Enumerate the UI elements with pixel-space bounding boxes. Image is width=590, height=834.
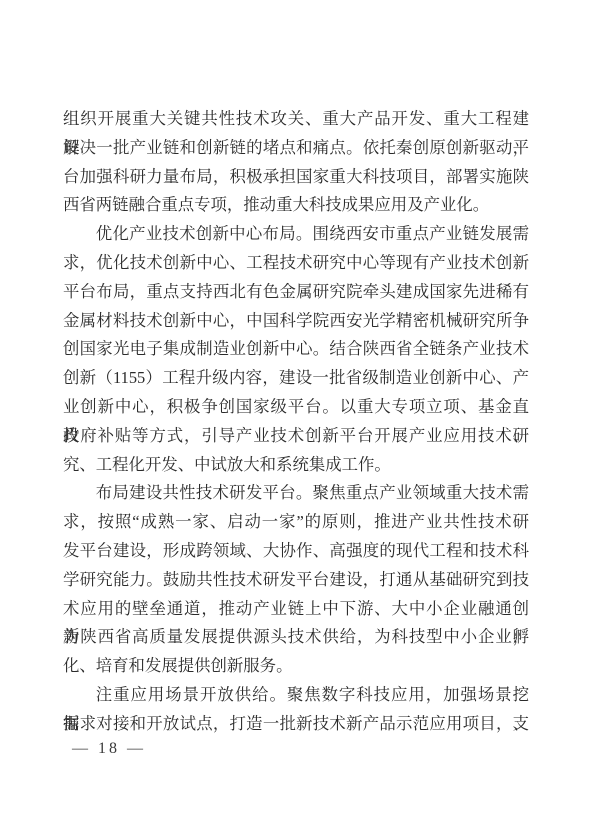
text-line: 台加强科研力量布局，积极承担国家重大科技项目，部署实施陕 bbox=[63, 163, 529, 192]
text-line: 组织开展重大关键共性技术攻关、重大产品开发、重大工程建设， bbox=[63, 105, 529, 134]
document-page: 组织开展重大关键共性技术攻关、重大产品开发、重大工程建设，解决一批产业链和创新链… bbox=[0, 0, 590, 834]
text-line: 术应用的壁垒通道，推动产业链上中下游、大中小企业融通创新， bbox=[63, 595, 529, 624]
text-line: 求，优化技术创新中心、工程技术研究中心等现有产业技术创新 bbox=[63, 249, 529, 278]
text-line: 创新（1155）工程升级内容，建设一批省级制造业创新中心、产 bbox=[63, 364, 529, 393]
text-line: 平台布局，重点支持西北有色金属研究院牵头建成国家先进稀有 bbox=[63, 278, 529, 307]
page-number: — 18 — bbox=[72, 739, 146, 759]
text-line: 为陕西省高质量发展提供源头技术供给，为科技型中小企业孵 bbox=[63, 623, 529, 652]
text-line: 求，按照“成熟一家、启动一家”的原则，推进产业共性技术研 bbox=[63, 508, 529, 537]
text-line: 解决一批产业链和创新链的堵点和痛点。依托秦创原创新驱动平 bbox=[63, 134, 529, 163]
text-line: 创国家光电子集成制造业创新中心。结合陕西省全链条产业技术 bbox=[63, 335, 529, 364]
text-line: 发平台建设，形成跨领域、大协作、高强度的现代工程和技术科 bbox=[63, 537, 529, 566]
text-line: 注重应用场景开放供给。聚焦数字科技应用，加强场景挖掘、 bbox=[63, 681, 529, 710]
text-line: 西省两链融合重点专项，推动重大科技成果应用及产业化。 bbox=[63, 191, 529, 220]
document-body: 组织开展重大关键共性技术攻关、重大产品开发、重大工程建设，解决一批产业链和创新链… bbox=[63, 105, 529, 739]
text-line: 需求对接和开放试点，打造一批新技术新产品示范应用项目，支 bbox=[63, 710, 529, 739]
text-line: 政府补贴等方式，引导产业技术创新平台开展产业应用技术研 bbox=[63, 422, 529, 451]
text-line: 学研究能力。鼓励共性技术研发平台建设，打通从基础研究到技 bbox=[63, 566, 529, 595]
text-line: 布局建设共性技术研发平台。聚焦重点产业领域重大技术需 bbox=[63, 479, 529, 508]
text-line: 金属材料技术创新中心，中国科学院西安光学精密机械研究所争 bbox=[63, 307, 529, 336]
text-line: 优化产业技术创新中心布局。围绕西安市重点产业链发展需 bbox=[63, 220, 529, 249]
text-line: 究、工程化开发、中试放大和系统集成工作。 bbox=[63, 451, 529, 480]
text-line: 业创新中心，积极争创国家级平台。以重大专项立项、基金直投、 bbox=[63, 393, 529, 422]
text-line: 化、培育和发展提供创新服务。 bbox=[63, 652, 529, 681]
